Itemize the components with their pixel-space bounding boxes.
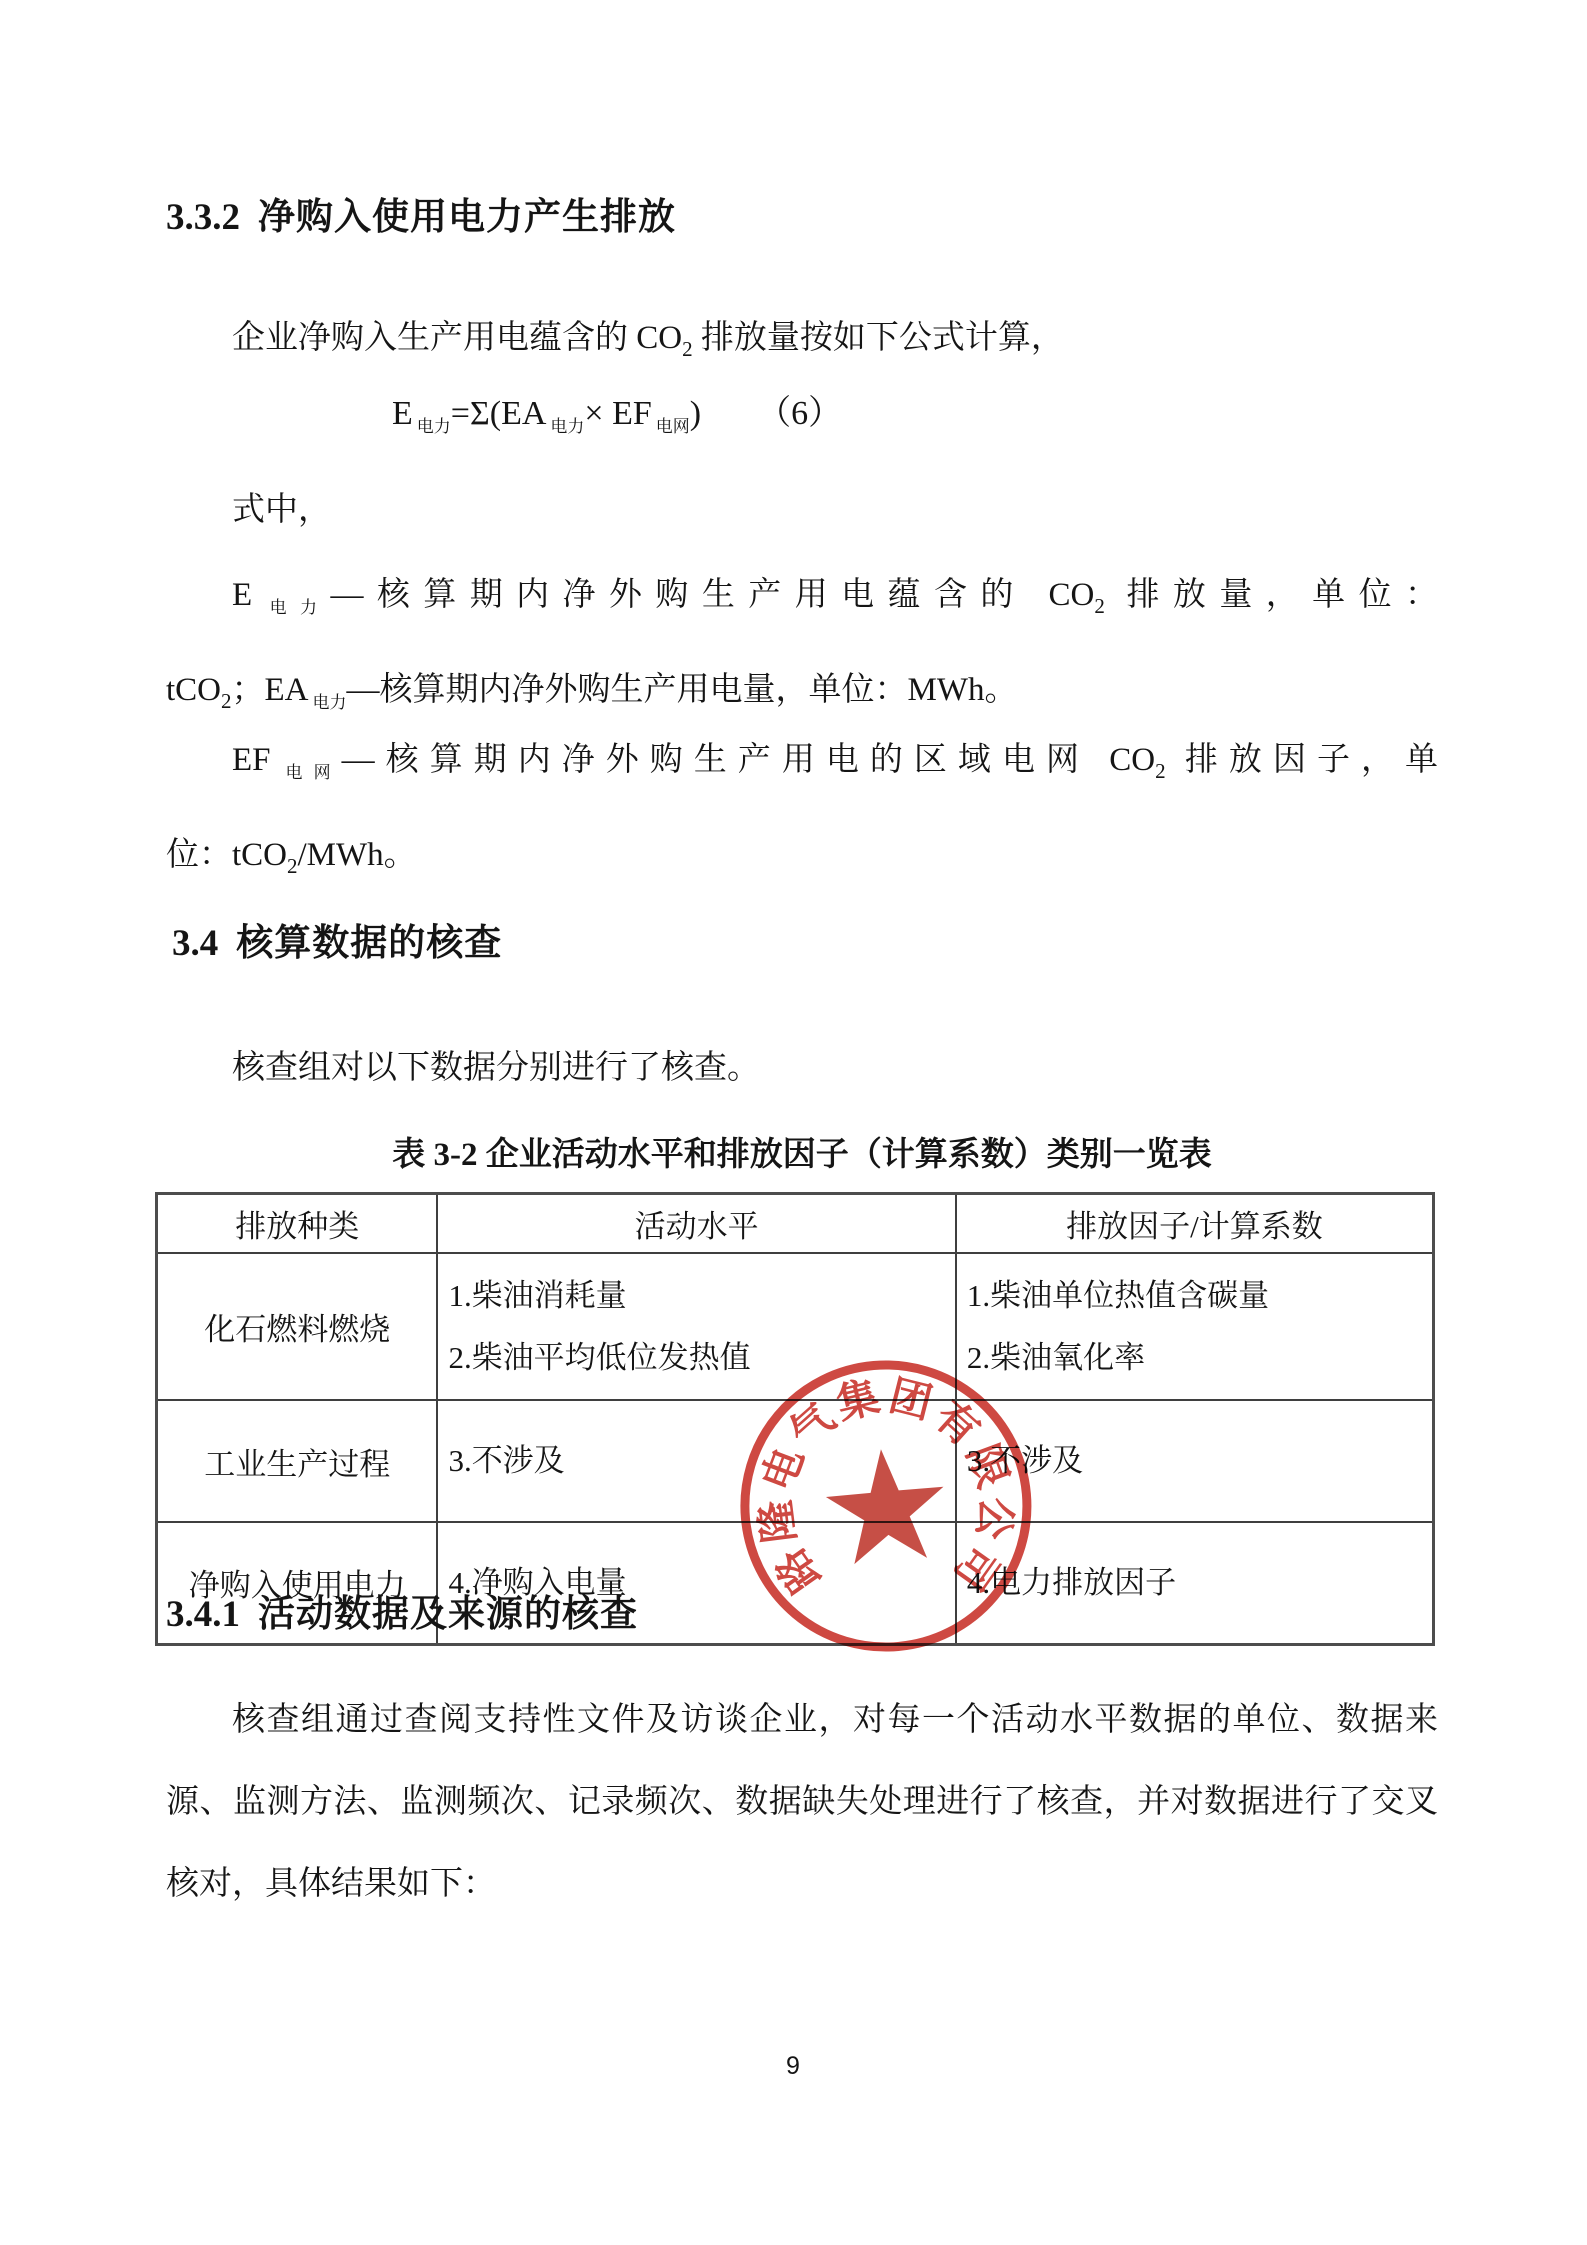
heading-number: 3.4 (172, 923, 218, 964)
def-ea-tco2: tCO (166, 672, 221, 708)
def-ef-unit-sub: 2 (287, 854, 298, 878)
heading-title: 核算数据的核查 (236, 923, 502, 964)
heading-number: 3.3.2 (166, 197, 240, 238)
table-title-text: 表 3-2 企业活动水平和排放因子（计算系数）类别一览表 (392, 1137, 1212, 1173)
def-ef-text: —核算期内净外购生产用电的区域电网 CO (342, 742, 1156, 778)
def-ea-symbol: ；EA (232, 672, 309, 708)
header-emission-factor: 排放因子/计算系数 (956, 1194, 1434, 1254)
paragraph-3-4: 核查组对以下数据分别进行了核查。 (166, 1027, 1438, 1109)
def-ef-text-tail: 排放因子，单 (1166, 742, 1438, 778)
def-e-line-1: E电力—核算期内净外购生产用电蕴含的 CO2 排放量，单位： (166, 554, 1438, 649)
document-page: 3.3.2净购入使用电力产生排放 企业净购入生产用电蕴含的 CO2 排放量按如下… (0, 0, 1587, 2245)
def-ea-text: —核算期内净外购生产用电量，单位：MWh。 (347, 672, 1018, 708)
formula-sub-dianli: 电力 (417, 417, 451, 436)
p341-text: 核查组通过查阅支持性文件及访谈企业，对每一个活动水平数据的单位、数据来源、监测方… (166, 1702, 1438, 1902)
heading-title: 净购入使用电力产生排放 (258, 197, 676, 238)
intro-text: 企业净购入生产用电蕴含的 CO (232, 320, 682, 356)
heading-3-4-1: 3.4.1活动数据及来源的核查 (166, 1593, 638, 1637)
heading-title: 活动数据及来源的核查 (258, 1594, 638, 1635)
paragraph-3-4-1: 核查组通过查阅支持性文件及访谈企业，对每一个活动水平数据的单位、数据来源、监测方… (166, 1679, 1438, 1925)
cell-line: 1.柴油单位热值含碳量 (967, 1265, 1422, 1327)
formula-eq: =Σ(EA (451, 395, 547, 432)
def-ef-line-1: EF电网—核算期内净外购生产用电的区域电网 CO2 排放因子，单 (166, 719, 1438, 814)
def-e-text: —核算期内净外购生产用电蕴含的 CO (330, 577, 1094, 613)
def-ef-sub: 电网 (275, 763, 342, 782)
page-number: 9 (763, 2052, 823, 2081)
def-ea-sub: 电力 (313, 693, 347, 712)
page-number-text: 9 (786, 2052, 800, 2080)
table-title: 表 3-2 企业活动水平和排放因子（计算系数）类别一览表 (166, 1133, 1438, 1177)
def-ef-line-2: 位：tCO2/MWh。 (166, 814, 1438, 907)
company-seal: 路隆电气集团有限公司 (722, 1337, 1050, 1676)
paragraph-def-ef: EF电网—核算期内净外购生产用电的区域电网 CO2 排放因子，单 位：tCO2/… (166, 719, 1438, 907)
def-ea-tco2-sub: 2 (221, 689, 232, 713)
paragraph-intro: 企业净购入生产用电蕴含的 CO2 排放量按如下公式计算， (166, 297, 1438, 390)
heading-3-4: 3.4核算数据的核查 (172, 922, 502, 966)
heading-number: 3.4.1 (166, 1594, 240, 1635)
formula-E: E (392, 395, 413, 432)
formula-close-paren: ) (690, 395, 701, 432)
star-icon (822, 1444, 949, 1566)
def-ef-unit-tail: /MWh。 (298, 837, 417, 873)
def-ef-unit: 位：tCO (166, 837, 287, 873)
table-header-row: 排放种类 活动水平 排放因子/计算系数 (157, 1194, 1434, 1254)
cell-category: 化石燃料燃烧 (157, 1253, 438, 1400)
p34-text: 核查组对以下数据分别进行了核查。 (232, 1050, 760, 1086)
formula-number: （6） (757, 395, 842, 432)
header-activity-level: 活动水平 (437, 1194, 955, 1254)
paragraph-shizhong: 式中， (166, 469, 1438, 551)
def-e-sub: 电力 (256, 598, 330, 617)
formula-sub-dianli-2: 电力 (550, 417, 584, 436)
heading-3-3-2: 3.3.2净购入使用电力产生排放 (166, 196, 676, 240)
header-emission-type: 排放种类 (157, 1194, 438, 1254)
cell-line: 1.柴油消耗量 (448, 1265, 944, 1327)
co2-subscript: 2 (682, 337, 693, 361)
formula-times-EF: × EF (584, 395, 651, 432)
formula-6: E电力=Σ(EA电力× EF电网)（6） (392, 392, 842, 449)
cell-factor: 1.柴油单位热值含碳量 2.柴油氧化率 (956, 1253, 1434, 1400)
formula-sub-dianwang: 电网 (656, 417, 690, 436)
def-e-text-tail: 排放量，单位： (1105, 577, 1438, 613)
intro-text-tail: 排放量按如下公式计算， (693, 320, 1064, 356)
cell-line: 2.柴油氧化率 (967, 1327, 1422, 1389)
paragraph-def-e: E电力—核算期内净外购生产用电蕴含的 CO2 排放量，单位： tCO2；EA电力… (166, 554, 1438, 744)
def-e-symbol: E (232, 577, 252, 613)
def-e-co2-sub: 2 (1094, 594, 1105, 618)
def-ef-co2-sub: 2 (1155, 759, 1166, 783)
cell-category: 工业生产过程 (157, 1400, 438, 1522)
def-ef-symbol: EF (232, 742, 271, 778)
shizhong-text: 式中， (232, 492, 331, 528)
